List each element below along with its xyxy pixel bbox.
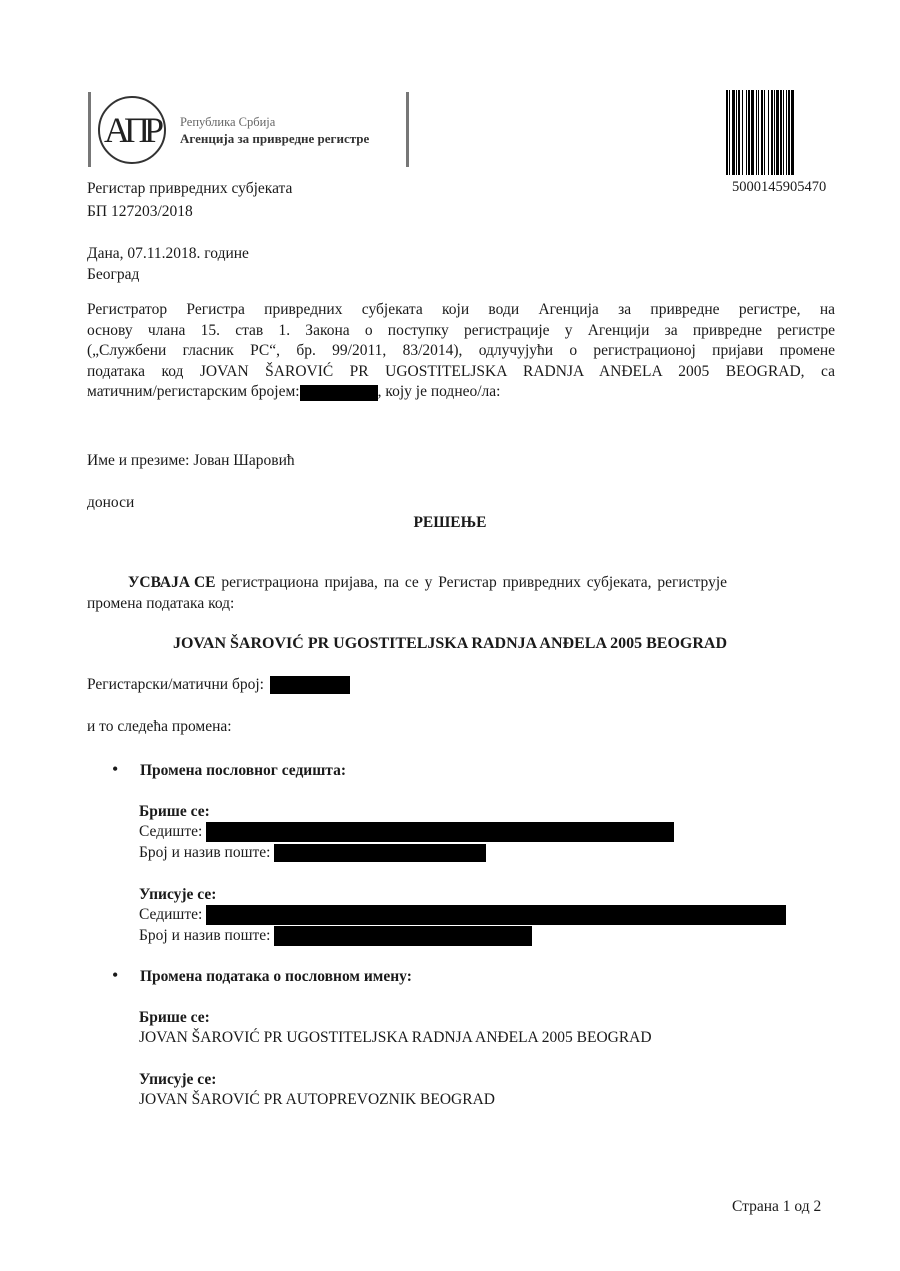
barcode-number: 5000145905470 bbox=[732, 177, 826, 198]
decision-line2: промена података код: bbox=[87, 593, 234, 614]
company-name: JOVAN ŠAROVIĆ PR UGOSTITELJSKA RADNJA AN… bbox=[0, 633, 900, 654]
decision-title: РЕШЕЊЕ bbox=[0, 512, 900, 533]
intro-line: података код JOVAN ŠAROVIĆ PR UGOSTITELJ… bbox=[87, 362, 835, 383]
decision-line1: УСВАЈА СЕ регистрациона пријава, па се у… bbox=[128, 572, 835, 593]
redacted-value bbox=[206, 905, 786, 925]
add-label: Уписује се: bbox=[139, 884, 216, 905]
barcode bbox=[726, 90, 836, 175]
city: Београд bbox=[87, 264, 139, 285]
reg-number-row: Регистарски/матични број: bbox=[87, 674, 350, 695]
decision-lead: УСВАЈА СЕ bbox=[128, 574, 215, 591]
submitted-by: , коју је поднео/ла: bbox=[378, 383, 501, 400]
add-label: Уписује се: bbox=[139, 1069, 216, 1090]
redacted-value bbox=[274, 844, 486, 862]
register-name: Регистар привредних субјеката bbox=[87, 178, 292, 199]
field-label: Број и назив поште: bbox=[139, 844, 270, 861]
redacted-reg-number bbox=[300, 385, 378, 401]
intro-line: основу члана 15. став 1. Закона о поступ… bbox=[87, 321, 835, 342]
bullet-icon: • bbox=[112, 965, 118, 986]
added-name: JOVAN ŠAROVIĆ PR AUTOPREVOZNIK BEOGRAD bbox=[139, 1089, 495, 1110]
logo-mark: АПР bbox=[104, 102, 158, 158]
add-post-row: Број и назив поште: bbox=[139, 925, 532, 946]
logo-agency-name: Агенција за привредне регистре bbox=[180, 128, 369, 149]
date-line: Дана, 07.11.2018. године bbox=[87, 243, 249, 264]
decision-line1-rest: регистрациона пријава, па се у Регистар … bbox=[215, 574, 727, 591]
following-change: и то следећа промена: bbox=[87, 716, 232, 737]
delete-label: Брише се: bbox=[139, 1007, 210, 1028]
delete-seat-row: Седиште: bbox=[139, 821, 674, 842]
issues-text: доноси bbox=[87, 492, 134, 513]
applicant-name: Име и презиме: Јован Шаровић bbox=[87, 450, 295, 471]
bullet-icon: • bbox=[112, 759, 118, 780]
logo-right-bar bbox=[406, 92, 409, 167]
logo-left-bar bbox=[88, 92, 91, 167]
redacted-value bbox=[206, 822, 674, 842]
delete-label: Брише се: bbox=[139, 801, 210, 822]
change-title: Промена података о пословном имену: bbox=[140, 966, 412, 987]
redacted-reg-number bbox=[270, 676, 350, 694]
case-number: БП 127203/2018 bbox=[87, 201, 193, 222]
intro-last-line: матичним/регистарским бројем:, коју је п… bbox=[87, 382, 835, 403]
reg-number-label: матичним/регистарским бројем: bbox=[87, 383, 300, 400]
field-label: Седиште: bbox=[139, 906, 202, 923]
field-label: Број и назив поште: bbox=[139, 927, 270, 944]
field-label: Седиште: bbox=[139, 823, 202, 840]
deleted-name: JOVAN ŠAROVIĆ PR UGOSTITELJSKA RADNJA AN… bbox=[139, 1027, 652, 1048]
intro-line: Регистратор Регистра привредних субјекат… bbox=[87, 300, 835, 321]
change-title: Промена пословног седишта: bbox=[140, 760, 346, 781]
delete-post-row: Број и назив поште: bbox=[139, 842, 486, 863]
page-number: Страна 1 од 2 bbox=[732, 1196, 821, 1217]
intro-line: („Службени гласник РС“, бр. 99/2011, 83/… bbox=[87, 341, 835, 362]
reg-number-label: Регистарски/матични број: bbox=[87, 676, 264, 693]
add-seat-row: Седиште: bbox=[139, 904, 786, 925]
intro-paragraph: Регистратор Регистра привредних субјекат… bbox=[87, 300, 835, 403]
redacted-value bbox=[274, 926, 532, 946]
